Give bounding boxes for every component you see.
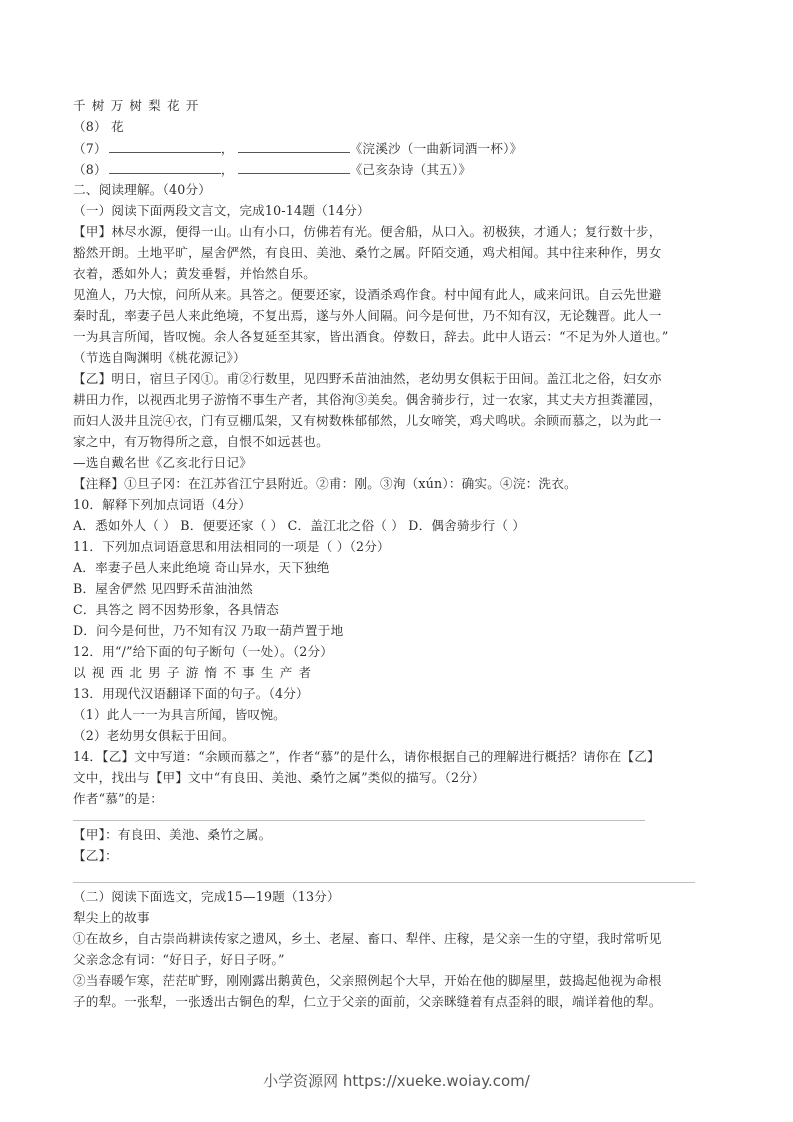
q8-blank-1[interactable] — [109, 161, 221, 174]
yi-text-line: 【乙】明日，宿旦子冈①。甫②行数里，见四野禾苗油油然，老幼男女俱耘于田间。盖江北… — [73, 371, 662, 387]
q8-label: （8） — [73, 162, 107, 177]
q7-comma: ， — [221, 141, 234, 156]
jia-text-line: 见渔人，乃大惊，问所从来。具答之。便要还家，设酒杀鸡作食。村中闻有此人，咸来问讯… — [73, 287, 662, 303]
q11-option-d: D．问今是何世，乃不知有汉 乃取一葫芦置于地 — [73, 623, 343, 639]
q12-stem: 12．用“/”给下面的句子断句（一处）。（2分） — [73, 644, 333, 660]
part2-paragraph-line: ②当春暖乍寒，茫茫旷野，刚刚露出鹅黄色，父亲照例起个大早，开始在他的脚屋里，鼓捣… — [73, 973, 662, 989]
q11-option-b: B．屋舍俨然 见四野禾苗油油然 — [73, 581, 253, 597]
q8-source: 《己亥杂诗（其五）》 — [350, 162, 472, 177]
item-8-answer: （8） 花 — [73, 119, 124, 135]
yi-text-line: 而妇人汲井且浣④衣，门有豆棚瓜架，又有树数株郁郁然，儿女啼笑，鸡犬鸣吠。余顾而慕… — [73, 413, 662, 429]
part2-paragraph-line: 子的犁。一张犁，一张透出古铜色的犁，仁立于父亲的面前，父亲眯缝着有点歪斜的眼，端… — [73, 994, 662, 1010]
annotations: 【注释】①旦子冈：在江苏省江宁县附近。②甫：刚。③洵（xún）：确实。④浣：洗衣… — [73, 476, 577, 492]
q14-stem-line: 14．【乙】文中写道：“余顾而慕之”，作者“慕”的是什么，请你根据自己的理解进行… — [73, 749, 660, 765]
poem-line-spaced: 千树万树梨花开 — [73, 98, 205, 114]
yi-text-line: 耕田力作，以视西北男子游惰不事生产者，其俗洵③美矣。偶舍骑步行，过一农家，其丈夫… — [73, 392, 662, 408]
footer-watermark: 小学资源网 https://xueke.woiay.com/ — [0, 1070, 793, 1091]
q8-blank-2[interactable] — [238, 161, 350, 174]
yi-source: —选自戴名世《乙亥北行日记》 — [73, 455, 252, 471]
q13-item-1: （1）此人一一为具言所闻，皆叹惋。 — [73, 707, 286, 723]
q11-stem: 11．下列加点词语意思和用法相同的一项是（ ）（2分） — [73, 539, 390, 555]
question-7-fill: （7），《浣溪沙（一曲新词酒一杯）》 — [73, 140, 522, 157]
exam-page: 千树万树梨花开 （8） 花 （7），《浣溪沙（一曲新词酒一杯）》 （8），《己亥… — [0, 0, 793, 1122]
yi-text-line: 家之中，有万物得所之意，自恨不如远甚也。 — [73, 434, 329, 450]
q7-label: （7） — [73, 141, 107, 156]
part1-intro: （一）阅读下面两段文言文，完成10-14题（14分） — [73, 203, 370, 219]
jia-text-line: 【甲】林尽水源，便得一山。山有小口，仿佛若有光。便舍船，从口入。初极狭，才通人；… — [73, 224, 662, 240]
q7-source: 《浣溪沙（一曲新词酒一杯）》 — [350, 141, 523, 156]
q13-stem: 13．用现代汉语翻译下面的句子。（4分） — [73, 686, 309, 702]
part2-paragraph-line: ①在故乡，自古崇尚耕读传家之遗风，乡土、老屋、畜口、犁伴、庄稼，是父亲一生的守望… — [73, 931, 662, 947]
part2-intro: （二）阅读下面选文，完成15—19题（13分） — [73, 889, 340, 905]
q14-jia-answer: 【甲】：有良田、美池、桑竹之属。 — [73, 827, 271, 843]
q14-yi-answer-label: 【乙】： — [73, 848, 118, 864]
q11-option-c: C．具答之 罔不因势形象，各具情态 — [73, 602, 279, 618]
q10-stem: 10．解释下列加点词语（4分） — [73, 497, 251, 513]
q14-stem-line: 文中，找出与【甲】文中“有良田、美池、桑竹之属”类似的描写。（2分） — [73, 770, 485, 786]
part2-article-title: 犁尖上的故事 — [73, 910, 150, 926]
q8-comma: ， — [221, 162, 234, 177]
q14-answer-line-1[interactable] — [73, 820, 645, 821]
jia-text-line: 一为具言所闻，皆叹惋。余人各复延至其家，皆出酒食。停数日，辞去。此中人语云：“不… — [73, 329, 669, 345]
part2-paragraph-line: 父亲念念有词：“好日子，好日子呀。” — [73, 952, 285, 968]
q13-item-2: （2）老幼男女俱耘于田间。 — [73, 728, 235, 744]
q14-answer-label: 作者“慕”的是： — [73, 791, 163, 807]
q14-answer-line-2[interactable] — [73, 882, 695, 883]
jia-text-line: 豁然开朗。土地平旷，屋舍俨然，有良田、美池、桑竹之属。阡陌交通，鸡犬相闻。其中往… — [73, 245, 662, 261]
q11-option-a: A．率妻子邑人来此绝境 奇山异水，天下独绝 — [73, 560, 330, 576]
q12-sentence: 以视西北男子游惰不事生产者 — [73, 665, 317, 681]
q10-options: A．悉如外人（ ） B．便要还家（ ） C．盖江北之俗（ ） D．偶舍骑步行（ … — [73, 518, 525, 534]
jia-text-line: 秦时乱，率妻子邑人来此绝境，不复出焉，遂与外人间隔。问今是何世，乃不知有汉，无论… — [73, 308, 662, 324]
question-8-fill: （8），《己亥杂诗（其五）》 — [73, 161, 471, 178]
section-title: 二、阅读理解。（40分） — [73, 182, 211, 198]
q7-blank-1[interactable] — [109, 140, 221, 153]
jia-text-line: 衣着，悉如外人；黄发垂髫，并怡然自乐。 — [73, 266, 316, 282]
jia-source: （节选自陶渊明《桃花源记》） — [73, 350, 246, 366]
q7-blank-2[interactable] — [238, 140, 350, 153]
